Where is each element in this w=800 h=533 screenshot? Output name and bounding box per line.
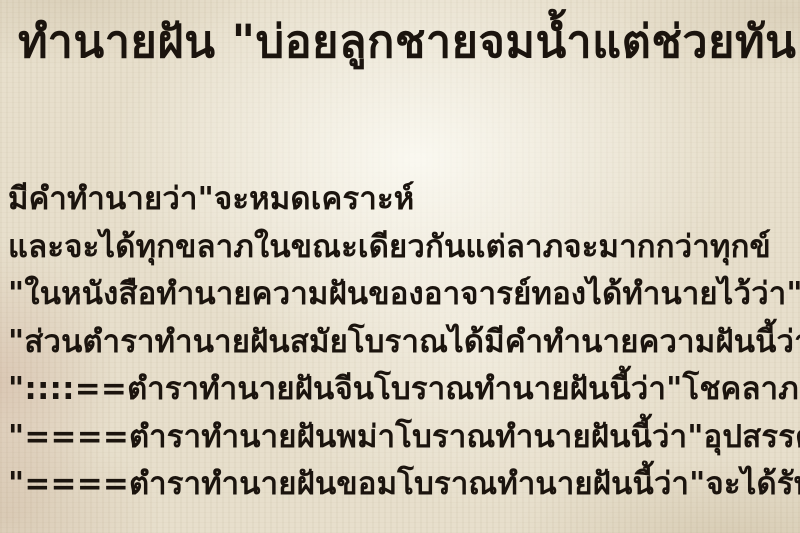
- prediction-line: "====ตำราทำนายฝันพม่าโบราณทำนายฝันนี้ว่า…: [8, 414, 800, 462]
- prediction-line: มีคำทำนายว่า"จะหมดเคราะห์: [8, 176, 800, 224]
- prediction-line: "ในหนังสือทำนายความฝันของอาจารย์ทองได้ทำ…: [8, 271, 800, 319]
- prediction-line: "ส่วนตำราทำนายฝันสมัยโบราณได้มีคำทำนายคว…: [8, 319, 800, 367]
- prediction-text-block: มีคำทำนายว่า"จะหมดเคราะห์และจะได้ทุกขลาภ…: [8, 176, 800, 509]
- dream-interpretation-page: ทำนายฝัน "บ่อยลูกชายจมน้ำแต่ช่วยทัน" มีค…: [0, 0, 800, 533]
- prediction-line: "====ตำราทำนายฝันขอมโบราณทำนายฝันนี้ว่า"…: [8, 461, 800, 509]
- prediction-line: "::::==ตำราทำนายฝันจีนโบราณทำนายฝันนี้ว่…: [8, 366, 800, 414]
- page-title: ทำนายฝัน "บ่อยลูกชายจมน้ำแต่ช่วยทัน": [18, 4, 800, 80]
- prediction-line: และจะได้ทุกขลาภในขณะเดียวกันแต่ลาภจะมากก…: [8, 224, 800, 272]
